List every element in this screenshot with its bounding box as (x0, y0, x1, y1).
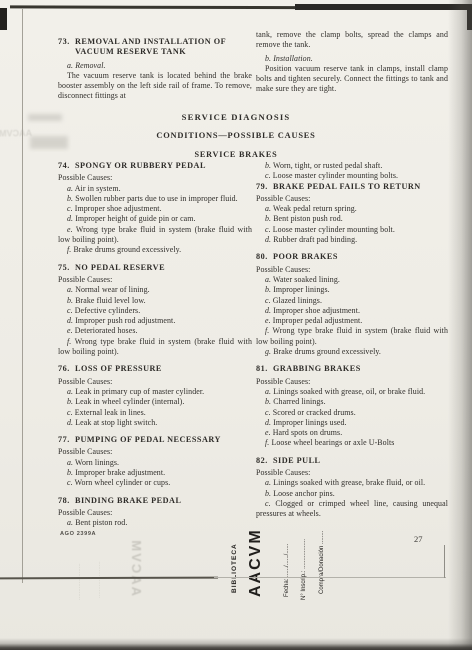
cause-letter: d. (67, 316, 73, 325)
diagnosis-section: 77.PUMPING OF PEDAL NECESSARYPossible Ca… (58, 435, 252, 488)
cause-item: a. Linings soaked with grease, brake flu… (256, 478, 448, 488)
cause-letter: d. (67, 418, 73, 427)
cause-letter: e. (67, 225, 73, 234)
library-stamp-org: AACVM (247, 528, 265, 597)
right-sections-container: 79.BRAKE PEDAL FAILS TO RETURNPossible C… (256, 182, 448, 520)
cause-letter: e. (67, 326, 73, 335)
cause-letter: a. (67, 458, 73, 467)
cause-item: f. Wrong type brake fluid in system (bra… (256, 326, 448, 347)
cause-item: a. Worn linings. (58, 458, 252, 468)
cause-item: b. Improper linings. (256, 285, 448, 295)
cause-letter: c. (265, 408, 271, 417)
cause-item: e. Improper pedal adjustment. (256, 316, 448, 326)
diagnosis-section: 79.BRAKE PEDAL FAILS TO RETURNPossible C… (256, 182, 448, 246)
cause-letter: g. (265, 347, 271, 356)
section-title: SIDE PULL (273, 456, 321, 465)
diagnosis-section: 78.BINDING BRAKE PEDALPossible Causes:a.… (58, 496, 252, 529)
cause-letter: b. (265, 489, 271, 498)
pencil-vline-artifact (444, 545, 445, 578)
possible-causes-label: Possible Causes: (256, 377, 448, 387)
scan-corner-mark-left (0, 8, 7, 30)
section-heading: 82.SIDE PULL (256, 456, 448, 466)
section-title-line2: VACUUM RESERVE TANK (75, 47, 186, 57)
section-heading: 76.LOSS OF PRESSURE (58, 364, 252, 374)
section-73-left-column: 73.REMOVAL AND INSTALLATION OF VACUUM RE… (58, 30, 252, 102)
scan-edge-top-line-thick (295, 4, 472, 10)
cause-letter: c. (67, 478, 73, 487)
section-heading: 81.GRABBING BRAKES (256, 364, 448, 374)
cause-item: a. Weak pedal return spring. (256, 204, 448, 214)
section-number: 81. (256, 364, 273, 374)
scan-shadow-right (448, 0, 472, 650)
service-brakes-heading: SERVICE BRAKES (0, 150, 472, 159)
cause-item: a. Leak in primary cup of master cylinde… (58, 387, 252, 397)
cause-letter: a. (67, 518, 73, 527)
cause-letter: c. (265, 499, 271, 508)
paragraph: Position vacuum reserve tank in clamps, … (256, 64, 448, 95)
cause-letter: f. (67, 245, 71, 254)
cause-item: c. Loose master cylinder mounting bolts. (256, 171, 448, 181)
scanned-manual-page: AACVM 73.REMOVAL AND INSTALLATION OF VAC… (0, 0, 472, 650)
cause-item: e. Deteriorated hoses. (58, 326, 252, 336)
possible-causes-label: Possible Causes: (58, 508, 252, 518)
stamp-bleedthrough-text: AACVM (129, 538, 144, 596)
subsection-removal: a. Removal. (58, 61, 252, 71)
diagnosis-section: 81.GRABBING BRAKESPossible Causes:a. Lin… (256, 364, 448, 448)
cause-item: d. Rubber draft pad binding. (256, 235, 448, 245)
cause-letter: e. (265, 316, 271, 325)
section-heading: 74.SPONGY OR RUBBERY PEDAL (58, 161, 252, 171)
cause-item: e. Hard spots on drums. (256, 428, 448, 438)
cause-item: a. Bent piston rod. (58, 518, 252, 528)
cause-item: b. Charred linings. (256, 397, 448, 407)
section-title: REMOVAL AND INSTALLATION OF (75, 37, 226, 46)
possible-causes-label: Possible Causes: (256, 194, 448, 204)
cause-letter: a. (265, 275, 271, 284)
cause-letter: b. (67, 194, 73, 203)
cause-item: b. Swollen rubber parts due to use in im… (58, 194, 252, 204)
cause-letter: d. (265, 418, 271, 427)
cause-letter: a. (265, 204, 271, 213)
cause-item: b. Improper brake adjustment. (58, 468, 252, 478)
cause-item: e. Wrong type brake fluid in system (bra… (58, 225, 252, 246)
section-title: NO PEDAL RESERVE (75, 263, 165, 272)
library-stamp-inscription-field: N° Inscrip.: .................. (301, 539, 307, 600)
footer-print-code: AGO 2399A (60, 531, 96, 537)
cause-item: c. Clogged or crimped wheel line, causin… (256, 499, 448, 520)
cause-letter: a. (265, 387, 271, 396)
cause-letter: b. (67, 468, 73, 477)
possible-causes-label: Possible Causes: (58, 377, 252, 387)
section-number: 79. (256, 182, 273, 192)
cause-letter: b. (67, 296, 73, 305)
section-number: 77. (58, 435, 75, 445)
cause-item: d. Improper shoe adjustment. (256, 306, 448, 316)
cause-item: c. External leak in lines. (58, 408, 252, 418)
cause-letter: b. (265, 397, 271, 406)
cause-item: b. Worn, tight, or rusted pedal shaft. (256, 161, 448, 171)
section-number: 82. (256, 456, 273, 466)
cause-letter: b. (265, 285, 271, 294)
cause-letter: c. (265, 296, 271, 305)
cause-item: g. Brake drums ground excessively. (256, 347, 448, 357)
service-diagnosis-heading: SERVICE DIAGNOSIS (0, 112, 472, 122)
cause-item: c. Improper shoe adjustment. (58, 204, 252, 214)
section-number: 74. (58, 161, 75, 171)
cause-letter: d. (265, 306, 271, 315)
section-heading: 80.POOR BRAKES (256, 252, 448, 262)
cause-letter: f. (67, 337, 71, 346)
pencil-line-artifact (0, 577, 218, 580)
cause-item: c. Defective cylinders. (58, 306, 252, 316)
cause-letter: f. (265, 438, 269, 447)
cause-item: b. Brake fluid level low. (58, 296, 252, 306)
section-heading: 75.NO PEDAL RESERVE (58, 263, 252, 273)
library-stamp-date-field: Fecha: ....../....../...... (284, 544, 290, 597)
diagnosis-section: 80.POOR BRAKESPossible Causes:a. Water s… (256, 252, 448, 357)
section-number: 78. (58, 496, 75, 506)
cause-letter: b. (67, 397, 73, 406)
paragraph: The vacuum reserve tank is located behin… (58, 71, 252, 102)
library-stamp-biblioteca: BIBLIOTECA (231, 543, 238, 593)
paragraph-continuation: tank, remove the clamp bolts, spread the… (256, 30, 448, 51)
cause-item: a. Water soaked lining. (256, 275, 448, 285)
diagnosis-left-column: 74.SPONGY OR RUBBERY PEDALPossible Cause… (58, 161, 252, 529)
cause-item: b. Leak in wheel cylinder (internal). (58, 397, 252, 407)
cause-item: a. Normal wear of lining. (58, 285, 252, 295)
cause-letter: b. (265, 214, 271, 223)
cause-item: a. Linings soaked with grease, oil, or b… (256, 387, 448, 397)
section-heading: 79.BRAKE PEDAL FAILS TO RETURN (256, 182, 448, 192)
cause-item: b. Bent piston push rod. (256, 214, 448, 224)
subsection-installation: b. Installation. (256, 54, 448, 64)
cause-item: d. Leak at stop light switch. (58, 418, 252, 428)
section-number: 73. (58, 37, 75, 47)
section-number: 75. (58, 263, 75, 273)
cause-item: d. Improper push rod adjustment. (58, 316, 252, 326)
cause-letter: d. (67, 214, 73, 223)
section-title: BRAKE PEDAL FAILS TO RETURN (273, 182, 421, 191)
page-fold-line (22, 9, 23, 583)
cause-item: c. Glazed linings. (256, 296, 448, 306)
scan-shadow-bottom (0, 638, 472, 650)
library-stamp-acquisition-field: Compra/Donación ........ (319, 531, 325, 594)
section-73-right-column: tank, remove the clamp bolts, spread the… (256, 30, 448, 95)
possible-causes-label: Possible Causes: (256, 468, 448, 478)
cause-letter: a. (67, 184, 73, 193)
cause-item: c. Scored or cracked drums. (256, 408, 448, 418)
possible-causes-label: Possible Causes: (256, 265, 448, 275)
cause-letter: c. (67, 204, 73, 213)
section-number: 80. (256, 252, 273, 262)
section-title: GRABBING BRAKES (273, 364, 361, 373)
cause-letter: c. (265, 225, 271, 234)
diagnosis-right-column: b. Worn, tight, or rusted pedal shaft.c.… (256, 161, 448, 520)
section-heading: 73.REMOVAL AND INSTALLATION OF VACUUM RE… (58, 37, 252, 58)
cause-item: f. Loose wheel bearings or axle U-Bolts (256, 438, 448, 448)
cause-item: b. Loose anchor pins. (256, 489, 448, 499)
cause-item: d. Improper height of guide pin or cam. (58, 214, 252, 224)
cause-letter: c. (67, 306, 73, 315)
cause-letter: d. (265, 235, 271, 244)
possible-causes-label: Possible Causes: (58, 447, 252, 457)
cause-letter: a. (265, 478, 271, 487)
section-number: 76. (58, 364, 75, 374)
stamp-bleedthrough-dots: ...................... (96, 561, 102, 598)
section-heading: 77.PUMPING OF PEDAL NECESSARY (58, 435, 252, 445)
pencil-line-artifact-faint (214, 577, 446, 578)
section-title: PUMPING OF PEDAL NECESSARY (75, 435, 221, 444)
cause-letter: c. (67, 408, 73, 417)
cause-letter: b. (265, 161, 271, 170)
cause-item: f. Wrong type brake fluid in system (bra… (58, 337, 252, 358)
section-title: POOR BRAKES (273, 252, 338, 261)
cause-letter: a. (67, 387, 73, 396)
cause-letter: c. (265, 171, 271, 180)
section-title: LOSS OF PRESSURE (75, 364, 162, 373)
cause-item: c. Worn wheel cylinder or cups. (58, 478, 252, 488)
cause-item: a. Air in system. (58, 184, 252, 194)
diagnosis-section: 74.SPONGY OR RUBBERY PEDALPossible Cause… (58, 161, 252, 256)
diagnosis-section: 82.SIDE PULLPossible Causes:a. Linings s… (256, 456, 448, 520)
cause-letter: a. (67, 285, 73, 294)
section-78-continuation: b. Worn, tight, or rusted pedal shaft.c.… (256, 161, 448, 182)
possible-causes-label: Possible Causes: (58, 275, 252, 285)
section-title: BINDING BRAKE PEDAL (75, 496, 181, 505)
cause-item: c. Loose master cylinder mounting bolt. (256, 225, 448, 235)
conditions-heading: CONDITIONS—POSSIBLE CAUSES (0, 131, 472, 140)
section-title: SPONGY OR RUBBERY PEDAL (75, 161, 206, 170)
page-number: 27 (414, 534, 423, 544)
cause-item: d. Improper linings used. (256, 418, 448, 428)
cause-letter: f. (265, 326, 269, 335)
cause-item: f. Brake drums ground excessively. (58, 245, 252, 255)
diagnosis-section: 76.LOSS OF PRESSUREPossible Causes:a. Le… (58, 364, 252, 428)
section-heading: 78.BINDING BRAKE PEDAL (58, 496, 252, 506)
diagnosis-section: 75.NO PEDAL RESERVEPossible Causes:a. No… (58, 263, 252, 358)
cause-letter: e. (265, 428, 271, 437)
stamp-bleedthrough-dots: ...................... (76, 563, 82, 600)
possible-causes-label: Possible Causes: (58, 173, 252, 183)
